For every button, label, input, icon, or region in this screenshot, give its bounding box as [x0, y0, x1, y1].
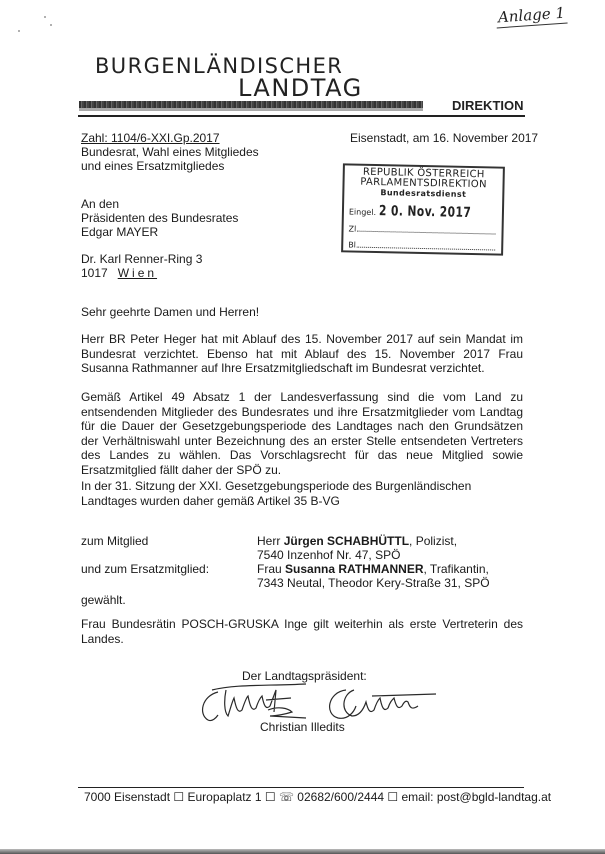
scan-speck — [50, 24, 52, 26]
recipient-city: Wien — [118, 266, 157, 280]
member-name: Jürgen SCHABHÜTTL — [284, 534, 409, 548]
recipient-line: An den — [81, 197, 119, 211]
recipient-postcode: 1017 — [81, 266, 108, 280]
stamp-zl-line — [359, 222, 496, 235]
salutation: Sehr geehrte Damen und Herren! — [81, 305, 523, 320]
body-paragraph: In der 31. Sitzung der XXI. Gesetzgebung… — [81, 479, 523, 508]
letter-date: Eisenstadt, am 16. November 2017 — [350, 131, 538, 145]
scan-speck — [44, 16, 46, 18]
recipient-line: Edgar MAYER — [81, 225, 158, 239]
recipient-line: Präsidenten des Bundesrates — [81, 211, 238, 225]
member-label: zum Mitglied — [81, 534, 148, 548]
stamp-bl-line — [358, 238, 495, 251]
substitute-name: Susanna RATHMANNER — [285, 562, 423, 576]
stamp-received-label: Eingel. — [349, 207, 371, 216]
member-address: 7540 Inzenhof Nr. 47, SPÖ — [257, 548, 400, 562]
reference-number: Zahl: 1104/6-XXI.Gp.2017 — [81, 131, 220, 145]
stamp-received-date: 2 0. Nov. 2017 — [379, 203, 472, 221]
received-stamp: REPUBLIK ÖSTERREICH PARLAMENTSDIREKTION … — [341, 163, 505, 255]
recipient-street: Dr. Karl Renner-Ring 3 — [81, 252, 202, 266]
scan-edge — [0, 849, 605, 854]
department-label: DIREKTION — [452, 98, 524, 113]
footer-rule — [78, 787, 524, 788]
signatory-name: Christian Illedits — [260, 720, 345, 734]
handwritten-annotation: Anlage 1 — [495, 4, 567, 29]
letterhead-title-line2: LANDTAG — [238, 74, 363, 102]
substitute-address: 7343 Neutal, Theodor Kery-Straße 31, SPÖ — [257, 576, 490, 590]
stamp-bl-label: Bl. — [348, 240, 358, 249]
election-closing: gewählt. — [81, 593, 126, 607]
letterhead-bar — [79, 101, 423, 108]
substitute-label: und zum Ersatzmitglied: — [81, 562, 209, 576]
handwritten-signature — [196, 680, 441, 725]
recipient-city-line: 1017Wien — [81, 266, 157, 280]
body-paragraph: Herr BR Peter Heger hat mit Ablauf des 1… — [81, 332, 523, 376]
footer-contact: 7000 Eisenstadt ☐ Europaplatz 1 ☐ ☏ 0268… — [84, 790, 551, 804]
substitute-occupation: , Trafikantin, — [423, 562, 488, 576]
substitute-entry: Frau Susanna RATHMANNER, Trafikantin, — [257, 562, 489, 576]
letterhead-rule — [78, 115, 525, 117]
subject-line: Bundesrat, Wahl eines Mitgliedes — [81, 145, 259, 159]
member-title: Herr — [257, 534, 280, 548]
subject-line: und eines Ersatzmitgliedes — [81, 159, 224, 173]
scan-speck — [18, 30, 20, 32]
member-occupation: , Polizist, — [409, 534, 457, 548]
final-paragraph: Frau Bundesrätin POSCH-GRUSKA Inge gilt … — [81, 617, 523, 646]
substitute-title: Frau — [257, 562, 282, 576]
member-entry: Herr Jürgen SCHABHÜTTL, Polizist, — [257, 534, 457, 548]
stamp-zl-label: Zl. — [348, 224, 358, 233]
body-paragraph: Gemäß Artikel 49 Absatz 1 der Landesverf… — [81, 390, 523, 478]
